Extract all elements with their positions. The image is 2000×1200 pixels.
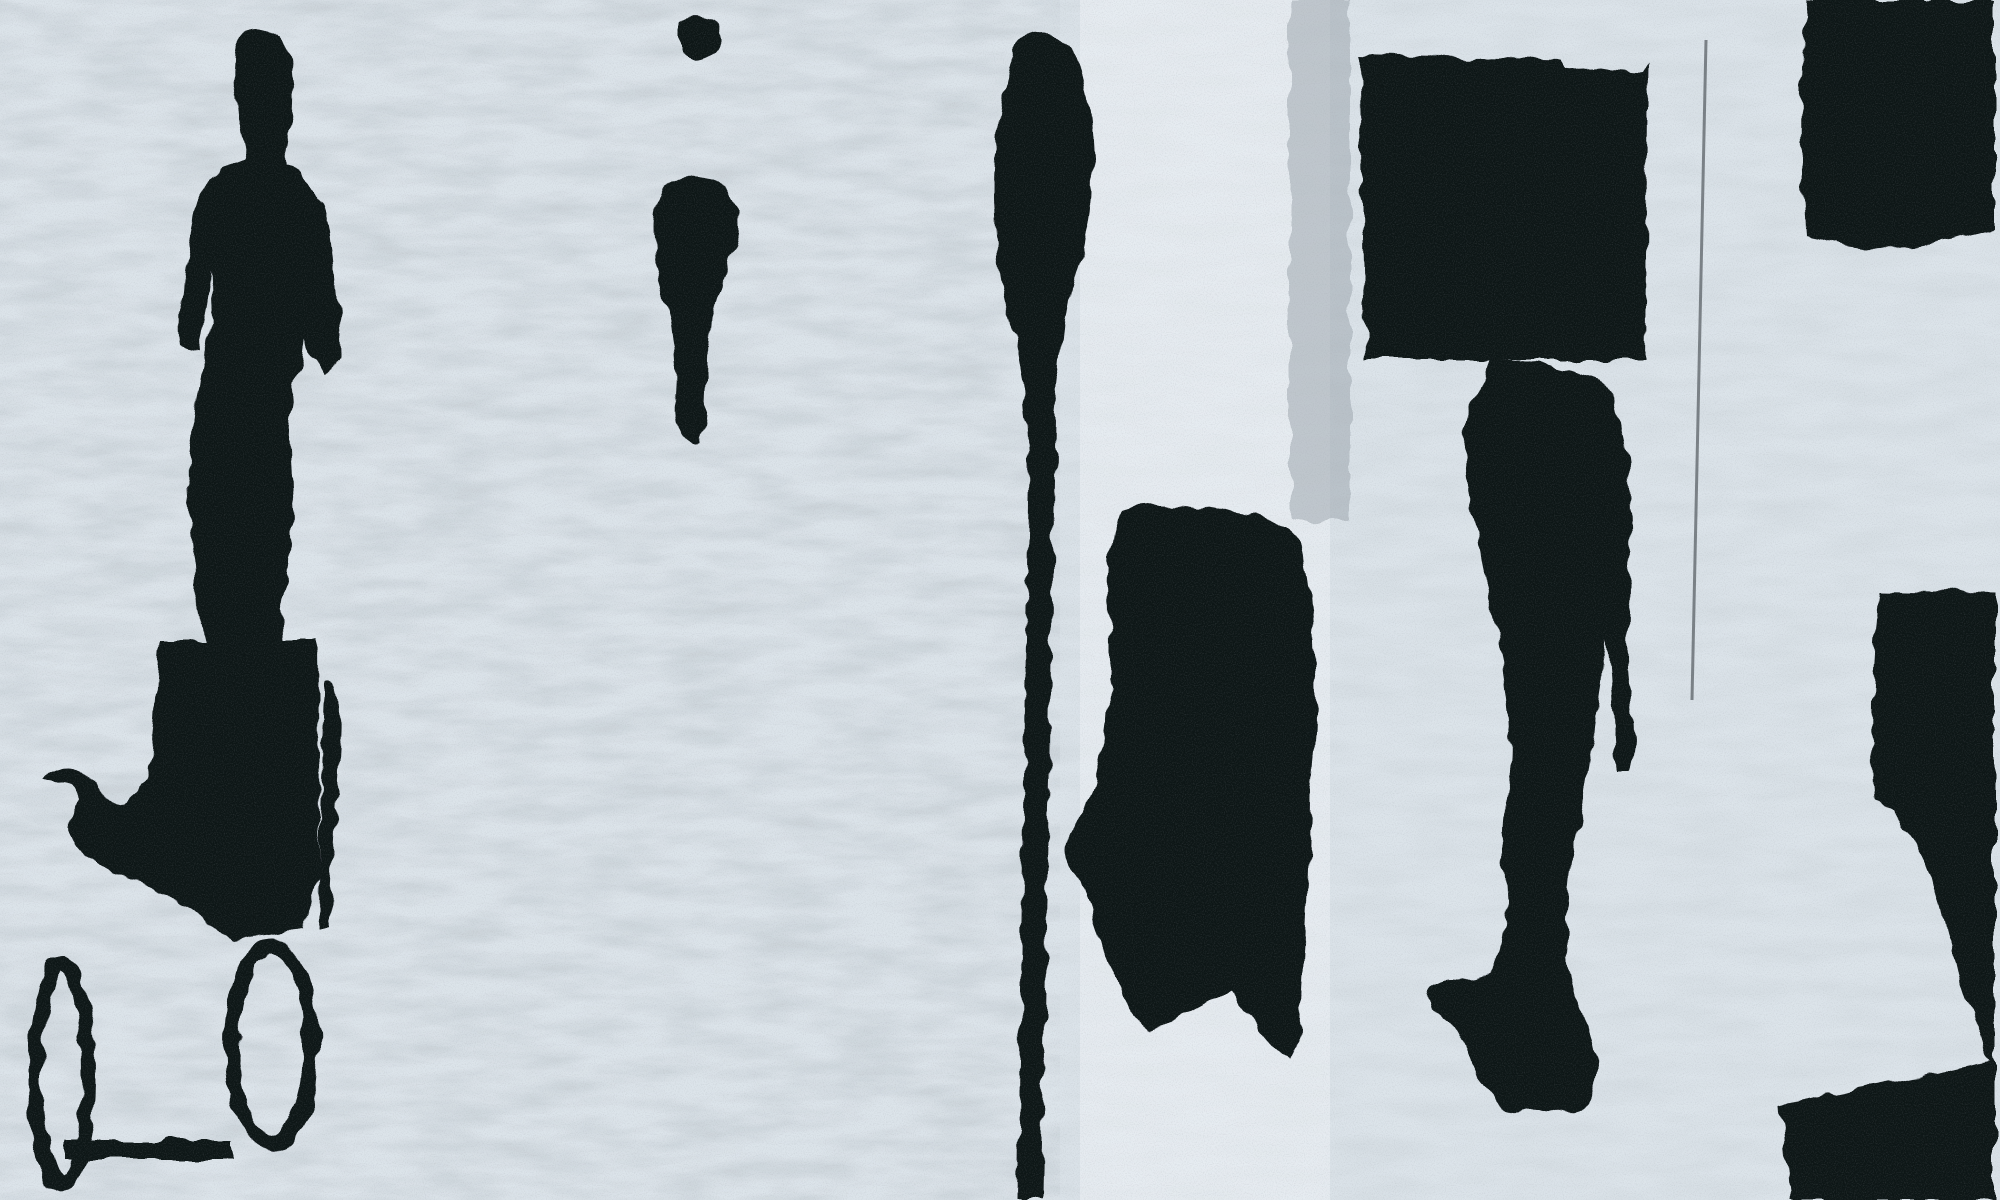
photograph — [0, 0, 2000, 1200]
film-grain — [0, 0, 2000, 1200]
